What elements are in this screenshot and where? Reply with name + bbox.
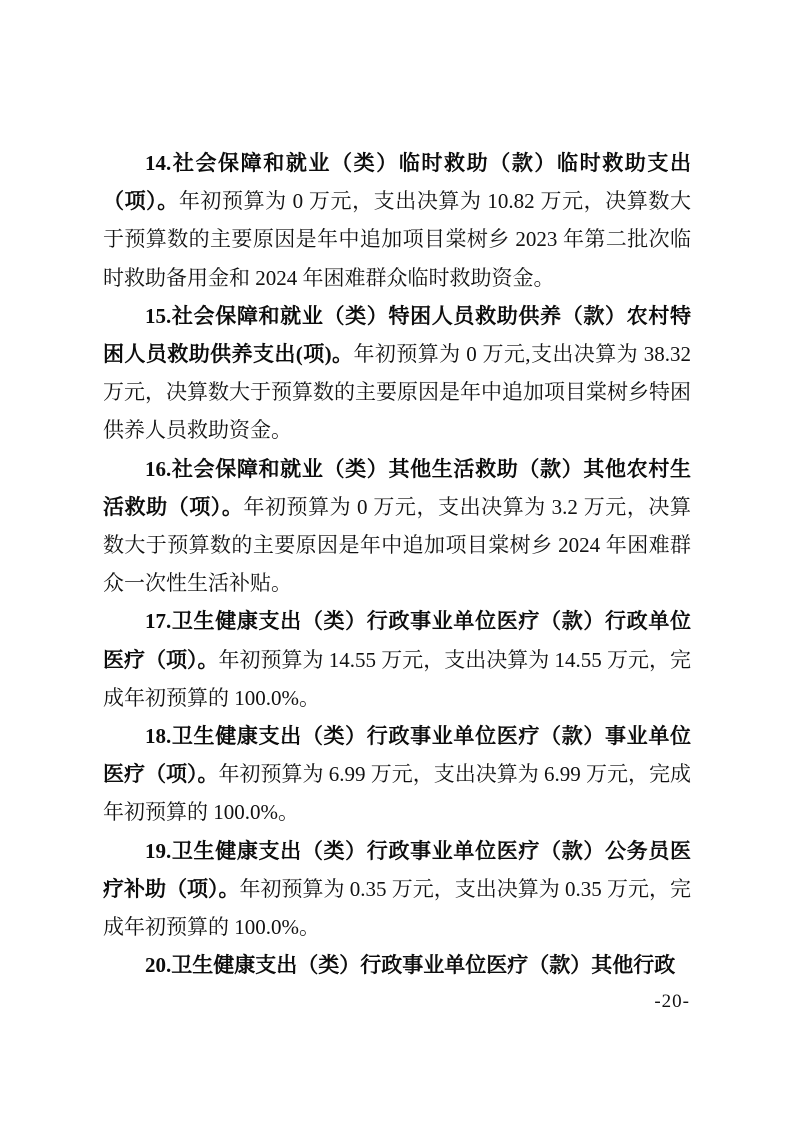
budget-item-19: 19.卫生健康支出（类）行政事业单位医疗（款）公务员医疗补助（项）。年初预算为 …: [103, 832, 691, 947]
page-number: -20-: [654, 991, 690, 1013]
document-content: 14.社会保障和就业（类）临时救助（款）临时救助支出（项）。年初预算为 0 万元…: [103, 144, 691, 984]
budget-item-16: 16.社会保障和就业（类）其他生活救助（款）其他农村生活救助（项）。年初预算为 …: [103, 450, 691, 603]
budget-item-15: 15.社会保障和就业（类）特困人员救助供养（款）农村特困人员救助供养支出(项)。…: [103, 297, 691, 450]
document-page: 14.社会保障和就业（类）临时救助（款）临时救助支出（项）。年初预算为 0 万元…: [0, 0, 793, 1122]
budget-item-20: 20.卫生健康支出（类）行政事业单位医疗（款）其他行政: [103, 946, 691, 984]
budget-item-18: 18.卫生健康支出（类）行政事业单位医疗（款）事业单位医疗（项）。年初预算为 6…: [103, 717, 691, 832]
budget-item-14: 14.社会保障和就业（类）临时救助（款）临时救助支出（项）。年初预算为 0 万元…: [103, 144, 691, 297]
budget-item-17: 17.卫生健康支出（类）行政事业单位医疗（款）行政单位医疗（项）。年初预算为 1…: [103, 602, 691, 717]
item-heading: 20.卫生健康支出（类）行政事业单位医疗（款）其他行政: [145, 953, 675, 977]
item-body: 年初预算为 0 万元，支出决算为 10.82 万元，决算数大于预算数的主要原因是…: [103, 189, 691, 289]
